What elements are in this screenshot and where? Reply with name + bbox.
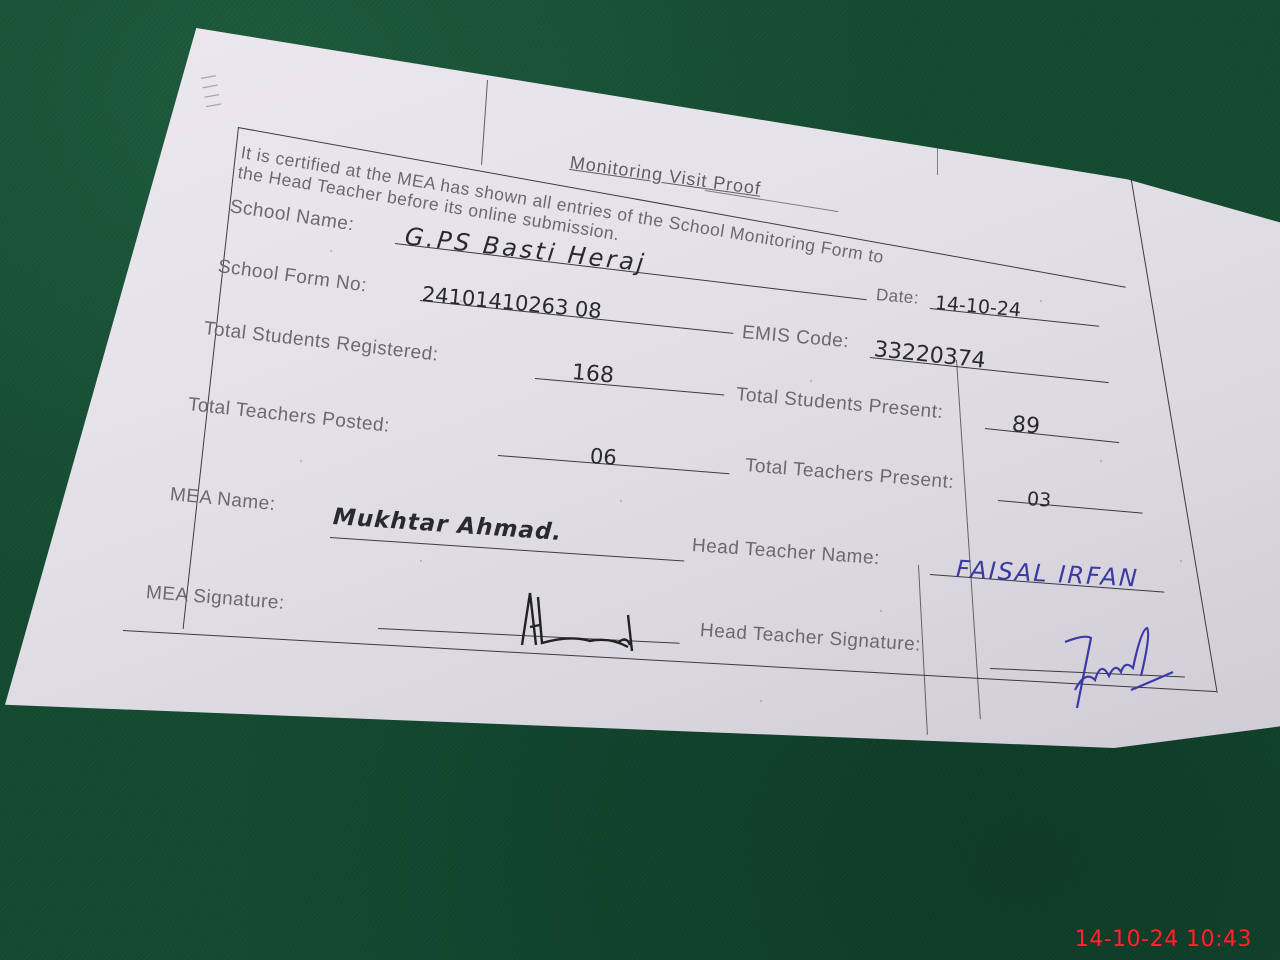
photocopy-speck — [880, 610, 882, 612]
mea-name-label: MEA Name: — [169, 484, 276, 516]
faint-margin-marks: | | | | — [199, 73, 223, 109]
date-label: Date: — [875, 285, 920, 309]
form-document: | | | | Monitoring Visit Proof It is cer… — [0, 0, 1280, 960]
fold-line-top — [481, 80, 488, 165]
fold-line-middle — [956, 360, 981, 719]
head-teacher-signature-label: Head Teacher Signature: — [699, 620, 921, 657]
total-students-registered-value[interactable]: 168 — [571, 360, 615, 389]
school-form-no-label: School Form No: — [217, 256, 369, 297]
mea-signature-scribble — [510, 585, 670, 665]
photocopy-speck — [1180, 560, 1182, 562]
photocopy-speck — [760, 700, 762, 702]
box-right-border — [1130, 175, 1218, 693]
photocopy-speck — [690, 230, 692, 232]
fold-line-top-right — [937, 135, 938, 175]
total-students-present-line — [985, 428, 1119, 443]
total-teachers-posted-label: Total Teachers Posted: — [187, 394, 391, 438]
head-teacher-signature-scribble — [1055, 620, 1185, 710]
emis-code-value[interactable]: 33220374 — [873, 337, 987, 374]
title-underline-extra — [705, 190, 838, 212]
photocopy-speck — [420, 560, 422, 562]
box-top-border — [238, 127, 1126, 288]
total-teachers-present-line — [998, 500, 1143, 514]
total-teachers-present-value[interactable]: 03 — [1026, 488, 1052, 512]
photocopy-speck — [810, 380, 812, 382]
mea-signature-label: MEA Signature: — [145, 582, 285, 615]
photocopy-speck — [460, 300, 462, 302]
total-students-registered-line — [535, 378, 724, 396]
total-students-present-value[interactable]: 89 — [1011, 412, 1041, 439]
camera-timestamp: 14-10-24 10:43 — [1075, 927, 1252, 952]
total-students-registered-label: Total Students Registered: — [203, 318, 440, 367]
photocopy-speck — [330, 250, 332, 252]
school-form-no-value[interactable]: 24101410263 08 — [421, 282, 603, 323]
total-students-present-label: Total Students Present: — [735, 384, 944, 424]
date-value[interactable]: 14-10-24 — [934, 292, 1022, 321]
head-teacher-name-value[interactable]: FAISAL IRFAN — [955, 555, 1139, 593]
emis-code-label: EMIS Code: — [741, 322, 850, 353]
total-teachers-posted-value[interactable]: 06 — [589, 444, 617, 470]
photocopy-speck — [1040, 300, 1042, 302]
head-teacher-name-label: Head Teacher Name: — [691, 535, 880, 570]
school-name-label: School Name: — [228, 196, 355, 236]
photocopy-speck — [300, 460, 302, 462]
photocopy-speck — [1100, 460, 1102, 462]
photocopy-speck — [620, 500, 622, 502]
total-teachers-present-label: Total Teachers Present: — [744, 455, 955, 494]
